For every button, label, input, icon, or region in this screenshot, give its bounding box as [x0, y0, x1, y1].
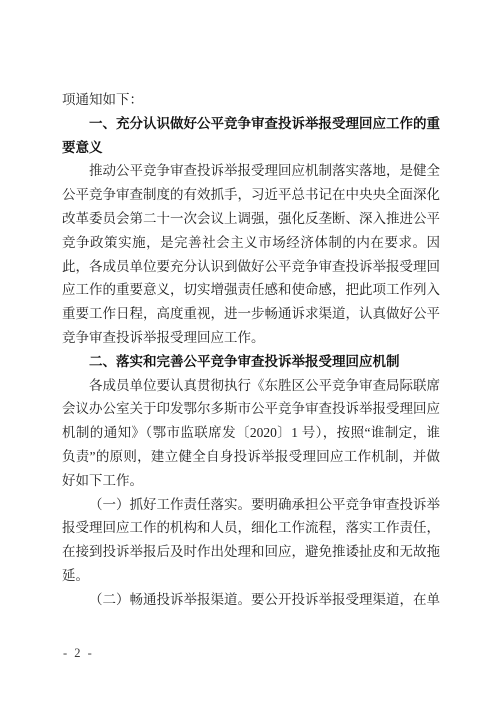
document-body: 项通知如下： 一、充分认识做好公平竞争审查投诉举报受理回应工作的重要意义 推动公… [62, 88, 440, 612]
paragraph-continuation: 项通知如下： [62, 88, 440, 112]
page-number: - 2 - [63, 646, 94, 661]
section-1-heading: 一、充分认识做好公平竞争审查投诉举报受理回应工作的重要意义 [62, 112, 440, 160]
item-2-paragraph: （二）畅通投诉举报渠道。要公开投诉举报受理渠道，在单 [62, 588, 440, 612]
section-1-paragraph: 推动公平竞争审查投诉举报受理回应机制落实落地，是健全公平竞争审查制度的有效抓手，… [62, 159, 440, 349]
section-2-heading: 二、落实和完善公平竞争审查投诉举报受理回应机制 [62, 350, 440, 374]
section-2-paragraph: 各成员单位要认真贯彻执行《东胜区公平竞争审查局际联席会议办公室关于印发鄂尔多斯市… [62, 374, 440, 493]
item-1-paragraph: （一）抓好工作责任落实。要明确承担公平竞争审查投诉举报受理回应工作的机构和人员，… [62, 493, 440, 588]
document-page: 项通知如下： 一、充分认识做好公平竞争审查投诉举报受理回应工作的重要意义 推动公… [0, 0, 500, 707]
